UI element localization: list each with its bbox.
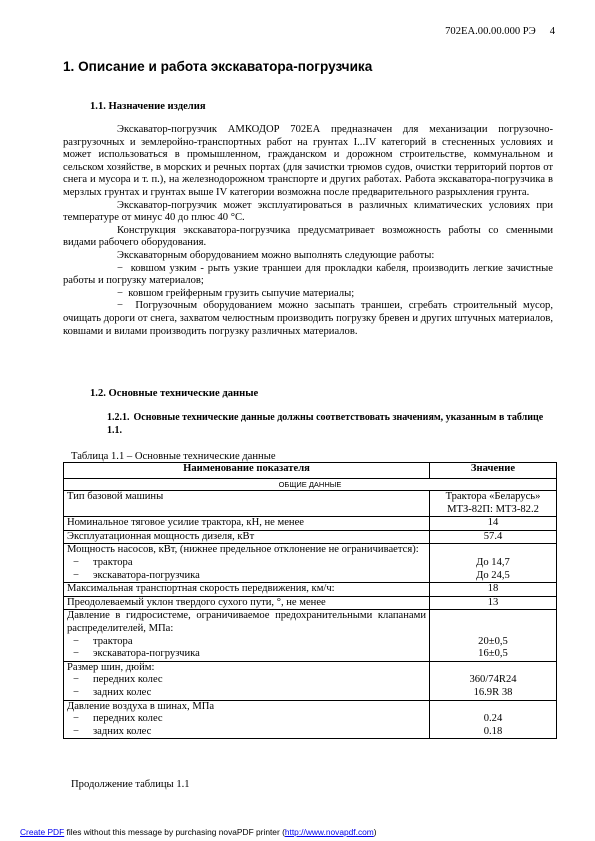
row-name: Номинальное тяговое усилие трактора, кН,… xyxy=(64,517,430,531)
dash: − xyxy=(117,288,123,299)
row-value: 0.240.18 xyxy=(430,700,557,739)
row-value: До 14,7До 24,5 xyxy=(430,544,557,583)
paragraph: Экскаваторным оборудованием можно выполн… xyxy=(63,250,553,263)
table-row: Номинальное тяговое усилие трактора, кН,… xyxy=(64,517,557,531)
row-name: Размер шин, дюйм: передних колес задних … xyxy=(64,661,430,700)
group-label: ОБЩИЕ ДАННЫЕ xyxy=(64,479,557,491)
page-number: 4 xyxy=(550,26,555,37)
table-continuation-note: Продолжение таблицы 1.1 xyxy=(71,779,190,790)
row-value: 18 xyxy=(430,583,557,597)
table-row: Максимальная транспортная скорость перед… xyxy=(64,583,557,597)
table-row: Размер шин, дюйм: передних колес задних … xyxy=(64,661,557,700)
sub-label: экскаватора-погрузчика xyxy=(67,570,426,583)
row-value: 13 xyxy=(430,596,557,610)
table-row: Эксплуатационная мощность дизеля, кВт 57… xyxy=(64,530,557,544)
purpose-text: Экскаватор-погрузчик АМКОДОР 702ЕА предн… xyxy=(63,124,553,338)
table-caption: Таблица 1.1 – Основные технические данны… xyxy=(71,451,276,462)
doc-code: 702ЕА.00.00.000 РЭ xyxy=(445,26,536,37)
sub-label: трактора xyxy=(67,636,426,649)
sub-label: передних колес xyxy=(67,674,426,687)
row-value: 57.4 xyxy=(430,530,557,544)
spec-table: Наименование показателя Значение ОБЩИЕ Д… xyxy=(63,462,557,739)
item-1-2-1: 1.2.1. Основные технические данные должн… xyxy=(107,411,555,437)
sub-label: экскаватора-погрузчика xyxy=(67,648,426,661)
group-row: ОБЩИЕ ДАННЫЕ xyxy=(64,479,557,491)
sub-label: трактора xyxy=(67,557,426,570)
novapdf-link[interactable]: http://www.novapdf.com xyxy=(285,827,374,837)
pdf-watermark-footer: Create PDF files without this message by… xyxy=(20,827,377,837)
row-name: Эксплуатационная мощность дизеля, кВт xyxy=(64,530,430,544)
list-item: − Погрузочным оборудованием можно засыпа… xyxy=(63,300,553,338)
dash: − xyxy=(117,300,123,311)
item-text: Основные технические данные должны соотв… xyxy=(107,412,543,436)
row-value: 14 xyxy=(430,517,557,531)
header-name: Наименование показателя xyxy=(64,463,430,479)
list-item: − ковшом грейферным грузить сыпучие мате… xyxy=(63,288,553,301)
table-row: Давление в гидросистеме, ограничиваемое … xyxy=(64,610,557,661)
dash: − xyxy=(117,263,123,274)
table-header-row: Наименование показателя Значение xyxy=(64,463,557,479)
row-name: Тип базовой машины xyxy=(64,491,430,517)
header-value: Значение xyxy=(430,463,557,479)
create-pdf-link[interactable]: Create PDF xyxy=(20,827,64,837)
row-name: Мощность насосов, кВт, (нижнее предельно… xyxy=(64,544,430,583)
paragraph: Конструкция экскаватора-погрузчика преду… xyxy=(63,225,553,250)
row-name: Преодолеваемый уклон твердого сухого пут… xyxy=(64,596,430,610)
paragraph: Экскаватор-погрузчик АМКОДОР 702ЕА предн… xyxy=(63,124,553,200)
paragraph: Экскаватор-погрузчик может эксплуатирова… xyxy=(63,200,553,225)
section-title: 1. Описание и работа экскаватора-погрузч… xyxy=(63,59,372,74)
row-value: 20±0,516±0,5 xyxy=(430,610,557,661)
subsection-title-1-1: 1.1. Назначение изделия xyxy=(90,101,206,112)
row-value: 360/74R2416.9R 38 xyxy=(430,661,557,700)
sub-label: передних колес xyxy=(67,713,426,726)
row-name: Давление воздуха в шинах, МПа передних к… xyxy=(64,700,430,739)
table-row: Мощность насосов, кВт, (нижнее предельно… xyxy=(64,544,557,583)
row-name: Максимальная транспортная скорость перед… xyxy=(64,583,430,597)
table-row: Преодолеваемый уклон твердого сухого пут… xyxy=(64,596,557,610)
page-header: 702ЕА.00.00.000 РЭ4 xyxy=(445,26,555,37)
sub-label: задних колес xyxy=(67,687,426,700)
item-number: 1.2.1. xyxy=(107,411,131,424)
subsection-title-1-2: 1.2. Основные технические данные xyxy=(90,388,258,399)
row-value: Трактора «Беларусь»МТЗ-82П: МТЗ-82.2 xyxy=(430,491,557,517)
table-row: Давление воздуха в шинах, МПа передних к… xyxy=(64,700,557,739)
table-row: Тип базовой машины Трактора «Беларусь»МТ… xyxy=(64,491,557,517)
row-name: Давление в гидросистеме, ограничиваемое … xyxy=(64,610,430,661)
list-item: − ковшом узким - рыть узкие траншеи для … xyxy=(63,263,553,288)
sub-label: задних колес xyxy=(67,726,426,739)
